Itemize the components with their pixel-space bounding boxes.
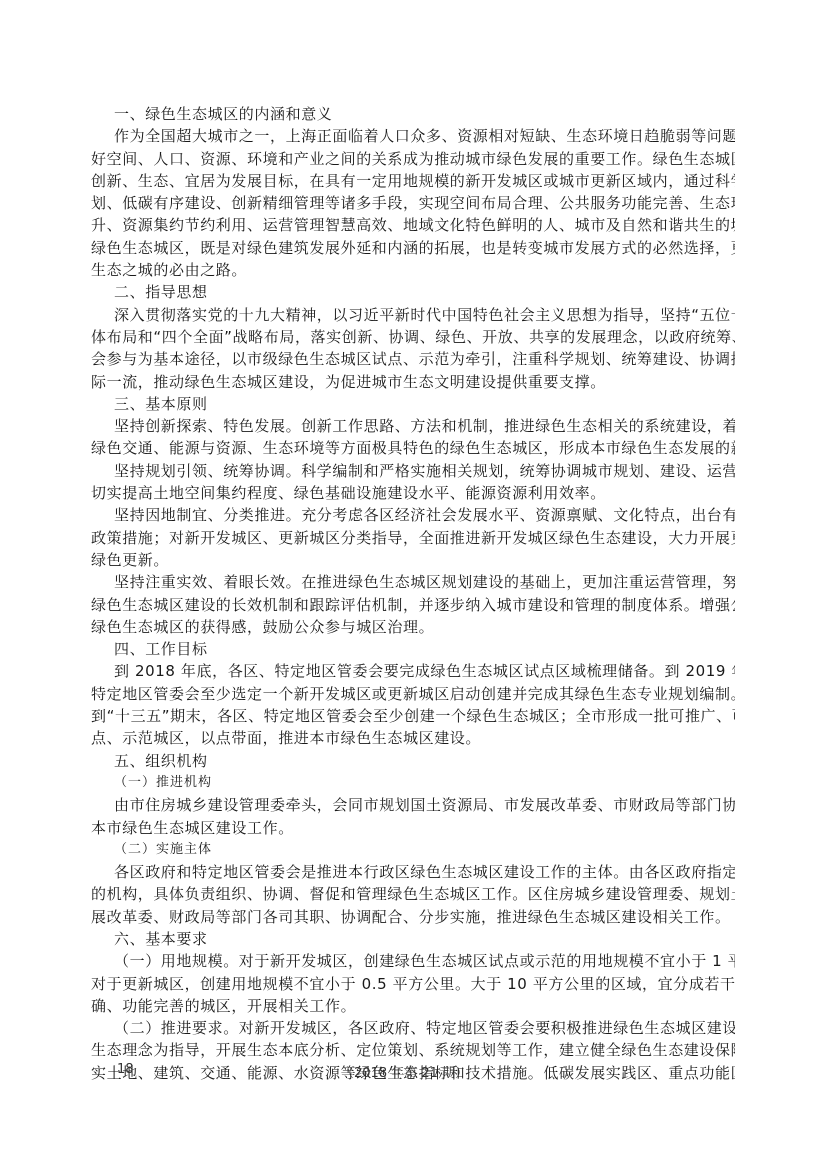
- subsection-heading: （一）推进机构: [91, 772, 735, 794]
- text-line: 划、低碳有序建设、创新精细管理等诸多手段，实现空间布局合理、公共服务功能完善、生…: [91, 192, 735, 214]
- text-line: 绿色生态城区的获得感，鼓励公众参与城区治理。: [91, 616, 735, 638]
- section-heading: 五、组织机构: [91, 750, 735, 772]
- text-line: 绿色生态城区，既是对绿色建筑发展外延和内涵的拓展，也是转变城市发展方式的必然选择…: [91, 237, 735, 259]
- document-body: 一、绿色生态城区的内涵和意义 作为全国超大城市之一，上海正面临着人口众多、资源相…: [91, 103, 735, 1084]
- text-line: 切实提高土地空间集约程度、绿色基础设施建设水平、能源资源利用效率。: [91, 482, 735, 504]
- text-line: 生态之城的必由之路。: [91, 259, 735, 281]
- text-line: 到 2018 年底，各区、特定地区管委会要完成绿色生态城区试点区域梳理储备。到 …: [91, 660, 735, 682]
- text-line: 到“十三五”期末，各区、特定地区管委会至少创建一个绿色生态城区；全市形成一批可推…: [91, 705, 735, 727]
- text-line: 生态理念为指导，开展生态本底分析、定位策划、系统规划等工作，建立健全绿色生态建设…: [91, 1039, 735, 1061]
- section-heading: 三、基本原则: [91, 393, 735, 415]
- text-line: 特定地区管委会至少选定一个新开发城区或更新城区启动创建并完成其绿色生态专业规划编…: [91, 683, 735, 705]
- text-line: （一）用地规模。对于新开发城区，创建绿色生态城区试点或示范的用地规模不宜小于 1…: [91, 950, 735, 972]
- text-line: 确、功能完善的城区，开展相关工作。: [91, 995, 735, 1017]
- text-line: 对于更新城区，创建用地规模不宜小于 0.5 平方公里。大于 10 平方公里的区域…: [91, 973, 735, 995]
- text-line: 坚持规划引领、统筹协调。科学编制和严格实施相关规划，统筹协调城市规划、建设、运营…: [91, 460, 735, 482]
- section-heading: 二、指导思想: [91, 281, 735, 303]
- subsection-heading: （二）实施主体: [91, 839, 735, 861]
- section-heading: 一、绿色生态城区的内涵和意义: [91, 103, 735, 125]
- section-heading: 四、工作目标: [91, 638, 735, 660]
- text-line: 会参与为基本途径，以市级绿色生态城区试点、示范为牵引，注重科学规划、统筹建设、协…: [91, 348, 735, 370]
- text-line: （二）推进要求。对新开发城区，各区政府、特定地区管委会要积极推进绿色生态城区建设…: [91, 1017, 735, 1039]
- text-line: 作为全国超大城市之一，上海正面临着人口众多、资源相对短缺、生态环境日趋脆弱等问题…: [91, 125, 735, 147]
- text-line: 点、示范城区，以点带面，推进本市绿色生态城区建设。: [91, 727, 735, 749]
- text-line: 创新、生态、宜居为发展目标，在具有一定用地规模的新开发城区或城市更新区域内，通过…: [91, 170, 735, 192]
- text-line: 展改革委、财政局等部门各司其职、协调配合、分步实施，推进绿色生态城区建设相关工作…: [91, 906, 735, 928]
- text-line: 的机构，具体负责组织、协调、督促和管理绿色生态城区工作。区住房城乡建设管理委、规…: [91, 883, 735, 905]
- text-line: 政策措施；对新开发城区、更新城区分类指导，全面推进新开发城区绿色生态建设，大力开…: [91, 527, 735, 549]
- text-line: 体布局和“四个全面”战略布局，落实创新、协调、绿色、开放、共享的发展理念，以政府…: [91, 326, 735, 348]
- text-line: 绿色更新。: [91, 549, 735, 571]
- text-line: 坚持因地制宜、分类推进。充分考虑各区经济社会发展水平、资源禀赋、文化特点，出台有…: [91, 504, 735, 526]
- text-line: 由市住房城乡建设管理委牵头，会同市规划国土资源局、市发展改革委、市财政局等部门协…: [91, 794, 735, 816]
- text-line: 坚持注重实效、着眼长效。在推进绿色生态城区规划建设的基础上，更加注重运营管理，努…: [91, 571, 735, 593]
- text-line: 坚持创新探索、特色发展。创新工作思路、方法和机制，推进绿色生态相关的系统建设，着…: [91, 415, 735, 437]
- text-line: 深入贯彻落实党的十九大精神，以习近平新时代中国特色社会主义思想为指导，坚持“五位…: [91, 304, 735, 326]
- text-line: 本市绿色生态城区建设工作。: [91, 817, 735, 839]
- text-line: 绿色生态城区建设的长效机制和跟踪评估机制，并逐步纳入城市建设和管理的制度体系。增…: [91, 594, 735, 616]
- text-line: 各区政府和特定地区管委会是推进本行政区绿色生态城区建设工作的主体。由各区政府指定…: [91, 861, 735, 883]
- text-line: 际一流，推动绿色生态城区建设，为促进城市生态文明建设提供重要支撑。: [91, 371, 735, 393]
- text-line: 绿色交通、能源与资源、生态环境等方面极具特色的绿色生态城区，形成本市绿色生态发展…: [91, 437, 735, 459]
- issue-label: （2018 年第 21 期）: [341, 1062, 468, 1081]
- page-number: 18: [117, 1062, 134, 1077]
- section-heading: 六、基本要求: [91, 928, 735, 950]
- text-line: 好空间、人口、资源、环境和产业之间的关系成为推动城市绿色发展的重要工作。绿色生态…: [91, 148, 735, 170]
- text-line: 升、资源集约节约利用、运营管理智慧高效、地域文化特色鲜明的人、城市及自然和谐共生…: [91, 214, 735, 236]
